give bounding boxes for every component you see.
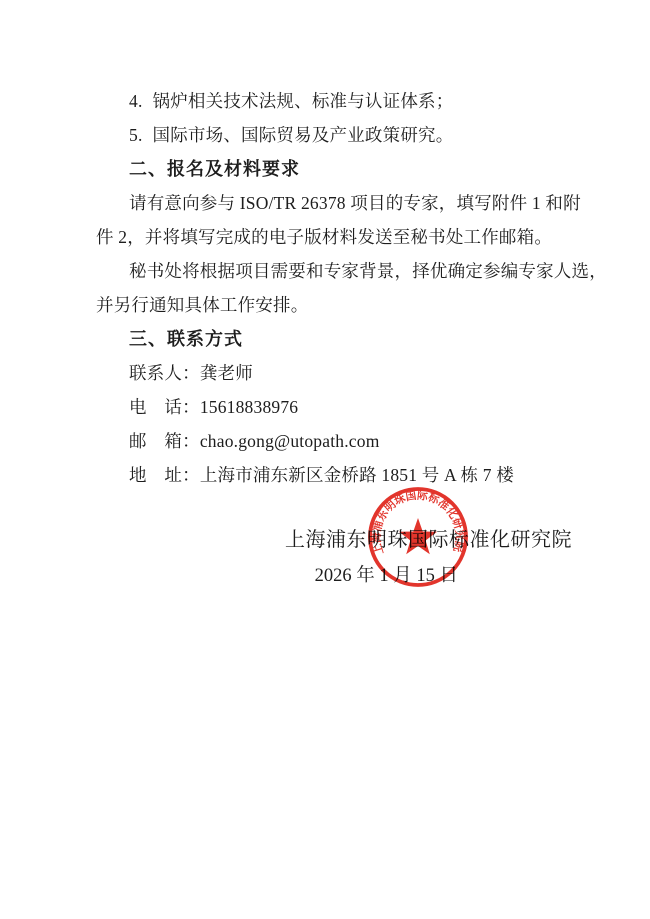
registration-paragraph1-line2: 件 2，并将填写完成的电子版材料发送至秘书处工作邮箱。 <box>96 220 562 254</box>
contact-address-value: 上海市浦东新区金桥路 1851 号 A 栋 7 楼 <box>200 465 514 485</box>
registration-paragraph2-line1: 秘书处将根据项目需要和专家背景，择优确定参编专家人选， <box>96 254 562 288</box>
body-text: 4.锅炉相关技术法规、标准与认证体系； 5.国际市场、国际贸易及产业政策研究。 … <box>96 84 562 492</box>
contact-phone-label: 电 话： <box>129 390 200 424</box>
contact-row-phone: 电 话：15618838976 <box>96 390 562 424</box>
list-item-4-number: 4. <box>129 84 143 118</box>
contact-name-value: 龚老师 <box>200 363 253 383</box>
signature-date: 2026 年 1 月 15 日 <box>0 563 458 590</box>
contact-phone-value: 15618838976 <box>200 397 298 417</box>
contact-row-email: 邮 箱：chao.gong@utopath.com <box>96 424 562 458</box>
document-page: 4.锅炉相关技术法规、标准与认证体系； 5.国际市场、国际贸易及产业政策研究。 … <box>0 0 650 919</box>
contact-email-label: 邮 箱： <box>129 424 200 458</box>
list-item-5: 5.国际市场、国际贸易及产业政策研究。 <box>96 118 562 152</box>
list-item-4-text: 锅炉相关技术法规、标准与认证体系； <box>153 91 454 111</box>
list-item-5-text: 国际市场、国际贸易及产业政策研究。 <box>153 125 454 145</box>
contact-address-label: 地 址： <box>129 458 200 492</box>
registration-paragraph2-line2: 并另行通知具体工作安排。 <box>96 288 562 322</box>
contact-name-label: 联系人： <box>129 356 200 390</box>
list-item-4: 4.锅炉相关技术法规、标准与认证体系； <box>96 84 562 118</box>
registration-paragraph1-line1: 请有意向参与 ISO/TR 26378 项目的专家，填写附件 1 和附 <box>96 186 562 220</box>
contact-row-address: 地 址：上海市浦东新区金桥路 1851 号 A 栋 7 楼 <box>96 458 562 492</box>
section-heading-contact: 三、联系方式 <box>96 322 562 356</box>
contact-row-name: 联系人：龚老师 <box>96 356 562 390</box>
section-heading-registration: 二、报名及材料要求 <box>96 152 562 186</box>
signature-organization: 上海浦东明珠国际标准化研究院 <box>0 527 572 554</box>
list-item-5-number: 5. <box>129 118 143 152</box>
contact-email-value: chao.gong@utopath.com <box>200 431 380 451</box>
